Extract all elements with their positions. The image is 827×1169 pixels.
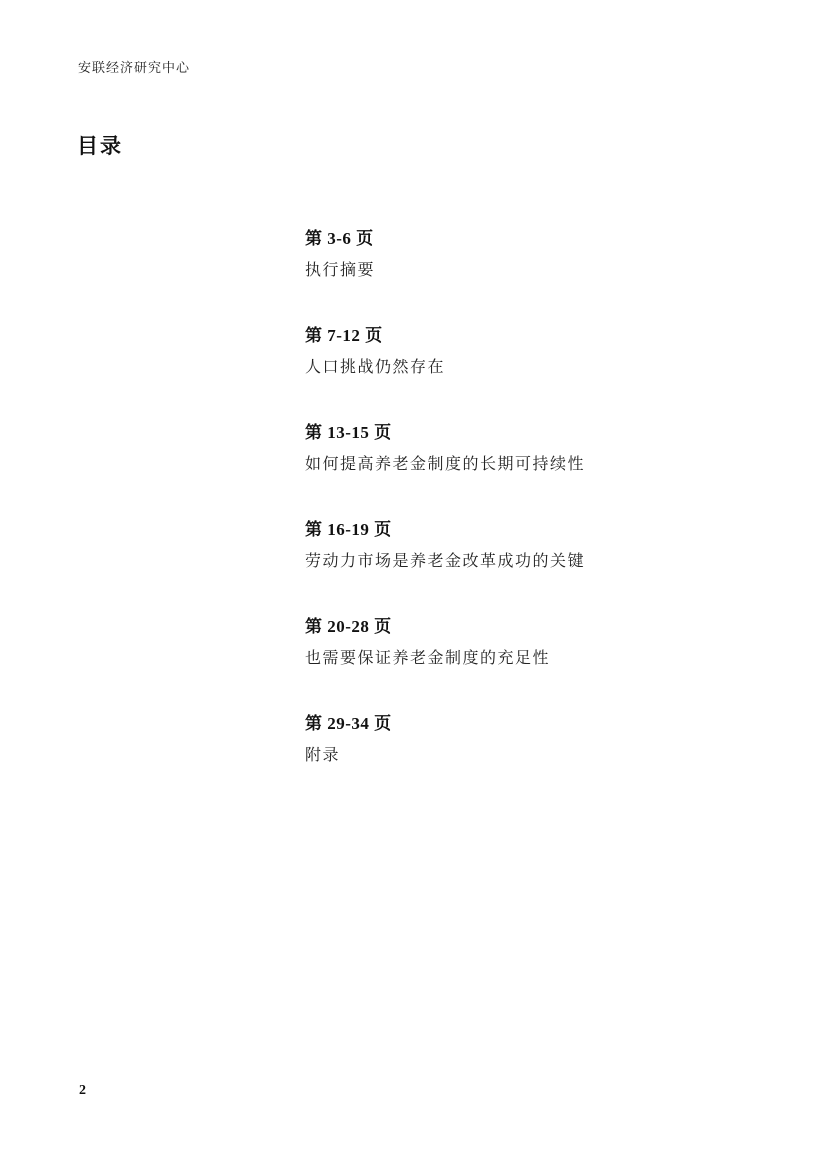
page-number: 2: [79, 1083, 86, 1099]
toc-entry-pages: 第 7-12 页: [305, 325, 735, 347]
toc-entry: 第 29-34 页 附录: [305, 713, 735, 767]
organization-name: 安联经济研究中心: [78, 57, 190, 76]
toc-entry-title: 劳动力市场是养老金改革成功的关键: [305, 551, 735, 573]
toc-entry-title: 也需要保证养老金制度的充足性: [305, 648, 735, 670]
toc-entry-pages: 第 20-28 页: [305, 616, 735, 638]
toc-entry-title: 执行摘要: [305, 260, 735, 282]
toc-entry-pages: 第 13-15 页: [305, 422, 735, 444]
toc-entry-title: 人口挑战仍然存在: [305, 357, 735, 379]
toc-entry-pages: 第 3-6 页: [305, 228, 735, 250]
toc-entry: 第 3-6 页 执行摘要: [305, 228, 735, 282]
page-title: 目录: [77, 130, 123, 160]
toc-entry: 第 20-28 页 也需要保证养老金制度的充足性: [305, 616, 735, 670]
toc-entry: 第 7-12 页 人口挑战仍然存在: [305, 325, 735, 379]
document-page: 安联经济研究中心 目录 第 3-6 页 执行摘要 第 7-12 页 人口挑战仍然…: [0, 0, 827, 1169]
toc-entry: 第 13-15 页 如何提高养老金制度的长期可持续性: [305, 422, 735, 476]
toc-entry-title: 附录: [305, 745, 735, 767]
table-of-contents: 第 3-6 页 执行摘要 第 7-12 页 人口挑战仍然存在 第 13-15 页…: [305, 228, 735, 810]
toc-entry-pages: 第 29-34 页: [305, 713, 735, 735]
toc-entry-title: 如何提高养老金制度的长期可持续性: [305, 454, 735, 476]
toc-entry: 第 16-19 页 劳动力市场是养老金改革成功的关键: [305, 519, 735, 573]
toc-entry-pages: 第 16-19 页: [305, 519, 735, 541]
